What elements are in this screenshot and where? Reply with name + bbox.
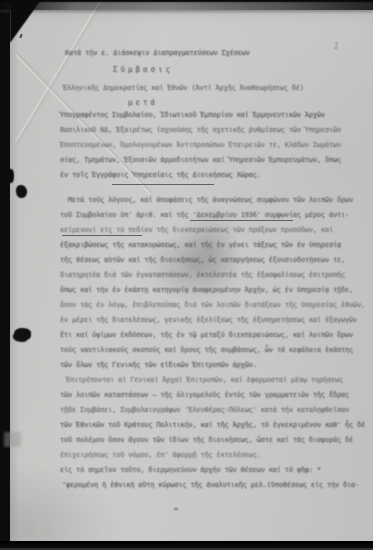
- text-line: τοῦ πολέμου ὅσον ἄγουν τῶν ἰδίων τῆς διο…: [60, 436, 353, 444]
- text-line: μετά: [128, 99, 158, 107]
- text-line: διατηρητέα διά τῶν ἐγκαταστάσεων, ἐκτελε…: [60, 271, 345, 279]
- text-line: Ἐπιτρέπονται αἱ Γενικαί Ἀρχαί Ἐπιτροπῶν,…: [66, 376, 343, 384]
- text-line: ἔτι καί ὀψίμων ἐκδόσεων, τῆς ἐν τῷ μεταξ…: [60, 331, 353, 339]
- text-line: τῶν λοιπῶν καταστάσεων — τῆς ὀλιγομελοῦς…: [60, 391, 349, 399]
- text-line: τῇδε Συμβάσει, Συμβολαιογράφων 'Ἐλευθέρα…: [60, 406, 349, 414]
- scanned-document: 1 Κατά τήν ε. Διάσκεψιν Διαπραγματεύσεων…: [0, 0, 373, 550]
- text-line: ὅπως καί τήν ἐν ἑκάστῃ κατηγορίᾳ ἀναφερο…: [60, 286, 353, 294]
- text-line: ἐν τοῖς Ἐγγράφοις Ὑπηρεσίαις τῆς Διοικήσ…: [60, 171, 261, 179]
- text-line: Ὑπογραφέντος Συμβολαίου, Ἰδιωτικοῦ Ἐμπορ…: [60, 111, 325, 119]
- edge-notch-mark: [8, 169, 14, 183]
- underline-mark: [112, 184, 214, 185]
- underline-mark: [62, 235, 142, 236]
- text-line: ἐν μέρει τῆς διατελέσεως, γενικῆς ἐξελίξ…: [60, 316, 357, 324]
- text-line: τοῦ Συμβολαίου ὑπ' ἀριθ. καί τῆς 'Δεκεμβ…: [60, 211, 349, 219]
- text-line: σίας, Τμημάτων, Ἐξουσιῶν ἁρμοδιοτήτων κα…: [60, 156, 341, 164]
- text-line: Ἑλληνικῆς Δημοκρατίας καί Ἐθνῶν (Ἀντί Ἀρ…: [63, 84, 304, 92]
- ink-speck: [174, 508, 178, 510]
- text-line: Σύμβασις: [113, 66, 173, 74]
- text-line: Μετά τούς λόγους, καί ἀποφάσεις τῆς ἀναγ…: [68, 196, 353, 204]
- text-line: ἐξακριβώσεως τῆς κατακυρώσεως, καί τῆς ἐ…: [60, 241, 341, 249]
- text-line: τῶν ὅλων τῆς Γενικῆς τῶν εἰδικῶν Ἐπιτροπ…: [60, 361, 257, 369]
- text-layer: Κατά τήν ε. Διάσκεψιν Διαπραγματεύσεων Σ…: [0, 0, 373, 550]
- text-line: εἰς τό σημεῖον τοῦτο, διερμηνεύουν ἀρχήν…: [60, 466, 321, 474]
- text-line: τούς ναυτιλιακούς σκοπούς καί ὅρους τῆς …: [60, 346, 353, 354]
- text-line: Κατά τήν ε. Διάσκεψιν Διαπραγματεύσεων Σ…: [65, 49, 250, 57]
- text-line: τῶν Ἐθνικῶν τοῦ Κράτους Πολιτικήν, καί τ…: [60, 421, 365, 429]
- text-line: ὅσον τάς ἐν λόγῳ, ἐπιβλεπούσας διά τῶν λ…: [60, 301, 365, 309]
- underline-mark: [190, 220, 293, 221]
- text-line: ἐπιχειρήσεως τοῦ νόμου, ἐπ' ἀφορμῇ τῆς ἐ…: [60, 451, 261, 459]
- edge-smudge: [4, 432, 21, 447]
- text-line: Ἐποπτευομένων, Ὁμολογουμένων Ἀντιπροσώπω…: [60, 141, 341, 149]
- text-line: κείμενον) εἰς τό πεδίον τῆς διεκπεραιώσε…: [60, 226, 333, 234]
- text-line: Βασιλικοῦ ΝΔ, Ἐξαιρέτως ἰσχυούσης τῆς σχ…: [60, 126, 341, 134]
- text-line: 'φερομένη ἡ ἐθνική αὕτη κύρωσις τῆς ἀναλ…: [62, 481, 359, 489]
- text-line: τῆς θέσεως αὐτῶν καί τῆς διοικήσεως, ὡς …: [60, 256, 345, 264]
